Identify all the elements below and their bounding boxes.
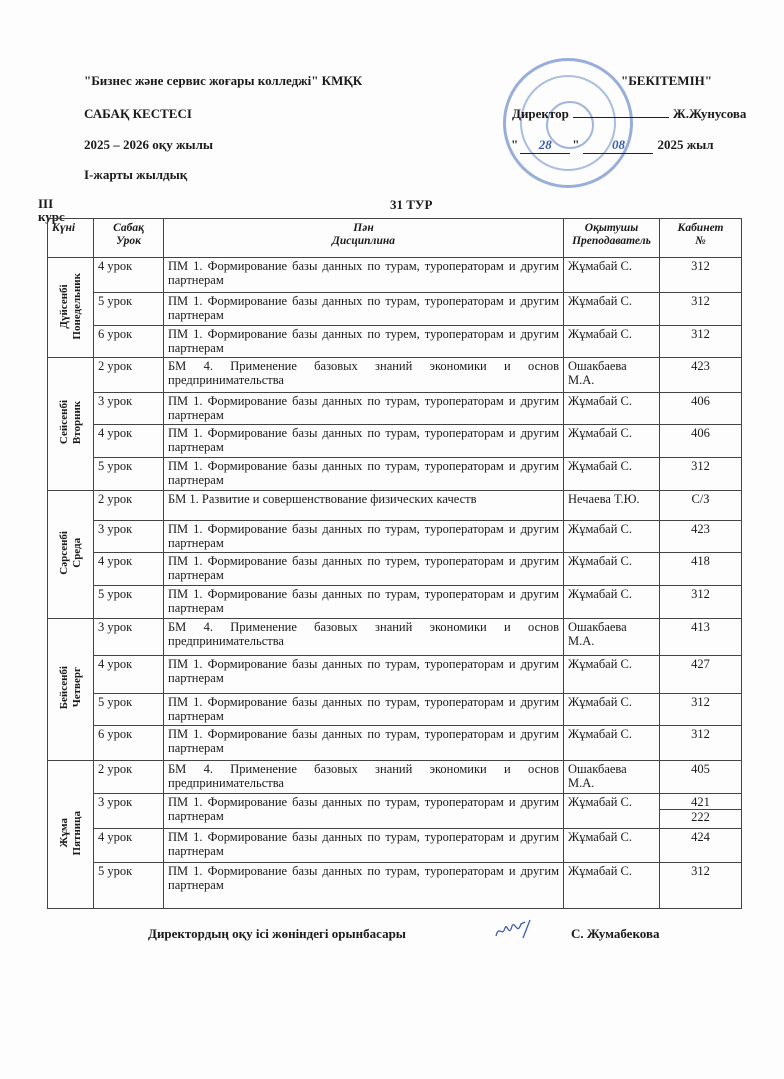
- table-row: 5 урокПМ 1. Формирование базы данных по …: [48, 863, 742, 909]
- table-row: 4 урокПМ 1. Формирование базы данных по …: [48, 425, 742, 458]
- subject: ПМ 1. Формирование базы данных по турам,…: [164, 458, 564, 491]
- teacher: Жұмабай С.: [564, 794, 660, 829]
- room-number: 424: [660, 829, 742, 863]
- approval-title: "БЕКІТЕМІН": [621, 73, 712, 89]
- room-primary: 312: [664, 294, 737, 308]
- document-title: САБАҚ КЕСТЕСІ: [84, 106, 192, 122]
- room-primary: 312: [664, 864, 737, 878]
- subject: БМ 4. Применение базовых знаний экономик…: [164, 619, 564, 656]
- subject: ПМ 1. Формирование базы данных по турам,…: [164, 863, 564, 909]
- teacher: Жұмабай С.: [564, 586, 660, 619]
- lesson-number: 4 урок: [94, 656, 164, 694]
- room-primary: С/З: [664, 492, 737, 506]
- table-row: 6 урокПМ 1. Формирование базы данных по …: [48, 726, 742, 761]
- approval-year: 2025 жыл: [657, 137, 713, 152]
- subject: ПМ 1. Формирование базы данных по турам,…: [164, 794, 564, 829]
- teacher: Нечаева Т.Ю.: [564, 491, 660, 521]
- table-row: 5 урокПМ 1. Формирование базы данных по …: [48, 458, 742, 491]
- lesson-number: 3 урок: [94, 521, 164, 553]
- day-cell: БейсенбіЧетверг: [48, 619, 94, 761]
- lesson-number: 5 урок: [94, 293, 164, 326]
- room-primary: 423: [664, 522, 737, 536]
- room-number: 312: [660, 326, 742, 358]
- col-teacher-header: ОқытушыПреподаватель: [564, 219, 660, 258]
- official-stamp-icon: [503, 58, 633, 188]
- room-number: 427: [660, 656, 742, 694]
- lesson-number: 4 урок: [94, 553, 164, 586]
- room-number: 312: [660, 293, 742, 326]
- table-row: 4 урокПМ 1. Формирование базы данных по …: [48, 553, 742, 586]
- lesson-number: 4 урок: [94, 258, 164, 293]
- day-cell: СәрсенбіСреда: [48, 491, 94, 619]
- subject: ПМ 1. Формирование базы данных по турам,…: [164, 694, 564, 726]
- room-number: 312: [660, 863, 742, 909]
- subject: ПМ 1. Формирование базы данных по турам,…: [164, 656, 564, 694]
- teacher: Жұмабай С.: [564, 258, 660, 293]
- room-primary: 413: [664, 620, 737, 634]
- room-primary: 312: [664, 259, 737, 273]
- director-signature-line: ДиректорЖ.Жунусова: [512, 106, 746, 122]
- table-row: ЖұмаПятница2 урокБМ 4. Применение базовы…: [48, 761, 742, 794]
- teacher: Ошакбаева М.А.: [564, 619, 660, 656]
- col-lesson-header: СабақУрок: [94, 219, 164, 258]
- lesson-number: 2 урок: [94, 358, 164, 393]
- teacher: Жұмабай С.: [564, 521, 660, 553]
- table-row: 3 урокПМ 1. Формирование базы данных по …: [48, 794, 742, 829]
- approval-day: 28: [520, 137, 570, 154]
- room-number: 418: [660, 553, 742, 586]
- director-name: Ж.Жунусова: [673, 106, 747, 121]
- room-number: 312: [660, 694, 742, 726]
- day-name: ДүйсенбіПонедельник: [58, 273, 84, 340]
- signature-icon: [493, 918, 533, 942]
- teacher: Ошакбаева М.А.: [564, 761, 660, 794]
- table-row: 5 урокПМ 1. Формирование базы данных по …: [48, 694, 742, 726]
- room-number: 413: [660, 619, 742, 656]
- room-primary: 418: [664, 554, 737, 568]
- day-name: СейсенбіВторник: [58, 400, 84, 444]
- teacher: Жұмабай С.: [564, 326, 660, 358]
- room-number: 312: [660, 586, 742, 619]
- subject: ПМ 1. Формирование базы данных по турам,…: [164, 521, 564, 553]
- lesson-number: 4 урок: [94, 829, 164, 863]
- teacher: Жұмабай С.: [564, 829, 660, 863]
- table-row: СәрсенбіСреда2 урокБМ 1. Развитие и сове…: [48, 491, 742, 521]
- lesson-number: 5 урок: [94, 586, 164, 619]
- approval-date: "28"082025 жыл: [511, 137, 714, 154]
- deputy-title: Директордың оқу ісі жөніндегі орынбасары: [148, 926, 406, 942]
- room-number: 405: [660, 761, 742, 794]
- lesson-number: 3 урок: [94, 794, 164, 829]
- col-day-header: Күні: [48, 219, 94, 258]
- room-number: 312: [660, 458, 742, 491]
- lesson-number: 3 урок: [94, 393, 164, 425]
- room-primary: 406: [664, 426, 737, 440]
- teacher: Жұмабай С.: [564, 694, 660, 726]
- schedule-table: Күні СабақУрок ПәнДисциплина ОқытушыПреп…: [47, 218, 742, 909]
- room-number: 421222: [660, 794, 742, 829]
- room-primary: 312: [664, 459, 737, 473]
- subject: ПМ 1. Формирование базы данных по турам,…: [164, 586, 564, 619]
- teacher: Жұмабай С.: [564, 863, 660, 909]
- table-row: СейсенбіВторник2 урокБМ 4. Применение ба…: [48, 358, 742, 393]
- lesson-number: 4 урок: [94, 425, 164, 458]
- lesson-number: 3 урок: [94, 619, 164, 656]
- day-name: СәрсенбіСреда: [58, 531, 84, 575]
- teacher: Жұмабай С.: [564, 293, 660, 326]
- approval-month: 08: [583, 137, 653, 154]
- room-number: 423: [660, 358, 742, 393]
- room-primary: 406: [664, 394, 737, 408]
- lesson-number: 2 урок: [94, 491, 164, 521]
- room-number: 406: [660, 393, 742, 425]
- teacher: Жұмабай С.: [564, 458, 660, 491]
- table-row: 5 урокПМ 1. Формирование базы данных по …: [48, 586, 742, 619]
- table-row: 3 урокПМ 1. Формирование базы данных по …: [48, 393, 742, 425]
- room-number: 423: [660, 521, 742, 553]
- subject: БМ 1. Развитие и совершенствование физич…: [164, 491, 564, 521]
- day-name: ЖұмаПятница: [58, 811, 84, 855]
- lesson-number: 5 урок: [94, 694, 164, 726]
- col-subject-header: ПәнДисциплина: [164, 219, 564, 258]
- subject: БМ 4. Применение базовых знаний экономик…: [164, 761, 564, 794]
- subject: ПМ 1. Формирование базы данных по турам,…: [164, 829, 564, 863]
- teacher: Жұмабай С.: [564, 656, 660, 694]
- room-primary: 405: [664, 762, 737, 776]
- room-primary: 312: [664, 587, 737, 601]
- room-primary: 421: [664, 795, 737, 809]
- deputy-name: С. Жумабекова: [571, 926, 659, 942]
- lesson-number: 5 урок: [94, 863, 164, 909]
- teacher: Жұмабай С.: [564, 726, 660, 761]
- teacher: Ошакбаева М.А.: [564, 358, 660, 393]
- col-room-header: Кабинет№: [660, 219, 742, 258]
- subject: ПМ 1. Формирование базы данных по турам,…: [164, 425, 564, 458]
- subject: ПМ 1. Формирование базы данных по турам,…: [164, 726, 564, 761]
- college-name: "Бизнес және сервис жоғары колледжі" КМҚ…: [84, 73, 362, 89]
- subject: ПМ 1. Формирование базы данных по турам,…: [164, 293, 564, 326]
- subject: ПМ 1. Формирование базы данных по турам,…: [164, 393, 564, 425]
- teacher: Жұмабай С.: [564, 393, 660, 425]
- semester: I-жарты жылдық: [84, 167, 187, 183]
- lesson-number: 6 урок: [94, 726, 164, 761]
- day-name: БейсенбіЧетверг: [58, 666, 84, 709]
- teacher: Жұмабай С.: [564, 553, 660, 586]
- room-primary: 423: [664, 359, 737, 373]
- room-primary: 427: [664, 657, 737, 671]
- lesson-number: 2 урок: [94, 761, 164, 794]
- day-cell: ЖұмаПятница: [48, 761, 94, 909]
- room-primary: 312: [664, 727, 737, 741]
- room-primary: 424: [664, 830, 737, 844]
- room-secondary: 222: [660, 809, 741, 824]
- table-row: 4 урокПМ 1. Формирование базы данных по …: [48, 829, 742, 863]
- table-row: ДүйсенбіПонедельник4 урокПМ 1. Формирова…: [48, 258, 742, 293]
- table-header-row: Күні СабақУрок ПәнДисциплина ОқытушыПреп…: [48, 219, 742, 258]
- subject: ПМ 1. Формирование базы данных по турам,…: [164, 258, 564, 293]
- room-primary: 312: [664, 695, 737, 709]
- table-row: 4 урокПМ 1. Формирование базы данных по …: [48, 656, 742, 694]
- teacher: Жұмабай С.: [564, 425, 660, 458]
- group-code: 31 ТУР: [390, 197, 432, 213]
- lesson-number: 5 урок: [94, 458, 164, 491]
- table-row: 5 урокПМ 1. Формирование базы данных по …: [48, 293, 742, 326]
- table-row: 3 урокПМ 1. Формирование базы данных по …: [48, 521, 742, 553]
- room-number: 312: [660, 726, 742, 761]
- room-number: С/З: [660, 491, 742, 521]
- table-row: 6 урокПМ 1. Формирование базы данных по …: [48, 326, 742, 358]
- lesson-number: 6 урок: [94, 326, 164, 358]
- room-number: 312: [660, 258, 742, 293]
- subject: ПМ 1. Формирование базы данных по турем,…: [164, 553, 564, 586]
- day-cell: СейсенбіВторник: [48, 358, 94, 491]
- academic-year: 2025 – 2026 оқу жылы: [84, 137, 213, 153]
- director-label: Директор: [512, 106, 569, 121]
- signature-line: [573, 107, 669, 118]
- table-row: БейсенбіЧетверг3 урокБМ 4. Применение ба…: [48, 619, 742, 656]
- day-cell: ДүйсенбіПонедельник: [48, 258, 94, 358]
- room-primary: 312: [664, 327, 737, 341]
- subject: БМ 4. Применение базовых знаний экономик…: [164, 358, 564, 393]
- subject: ПМ 1. Формирование базы данных по турем,…: [164, 326, 564, 358]
- room-number: 406: [660, 425, 742, 458]
